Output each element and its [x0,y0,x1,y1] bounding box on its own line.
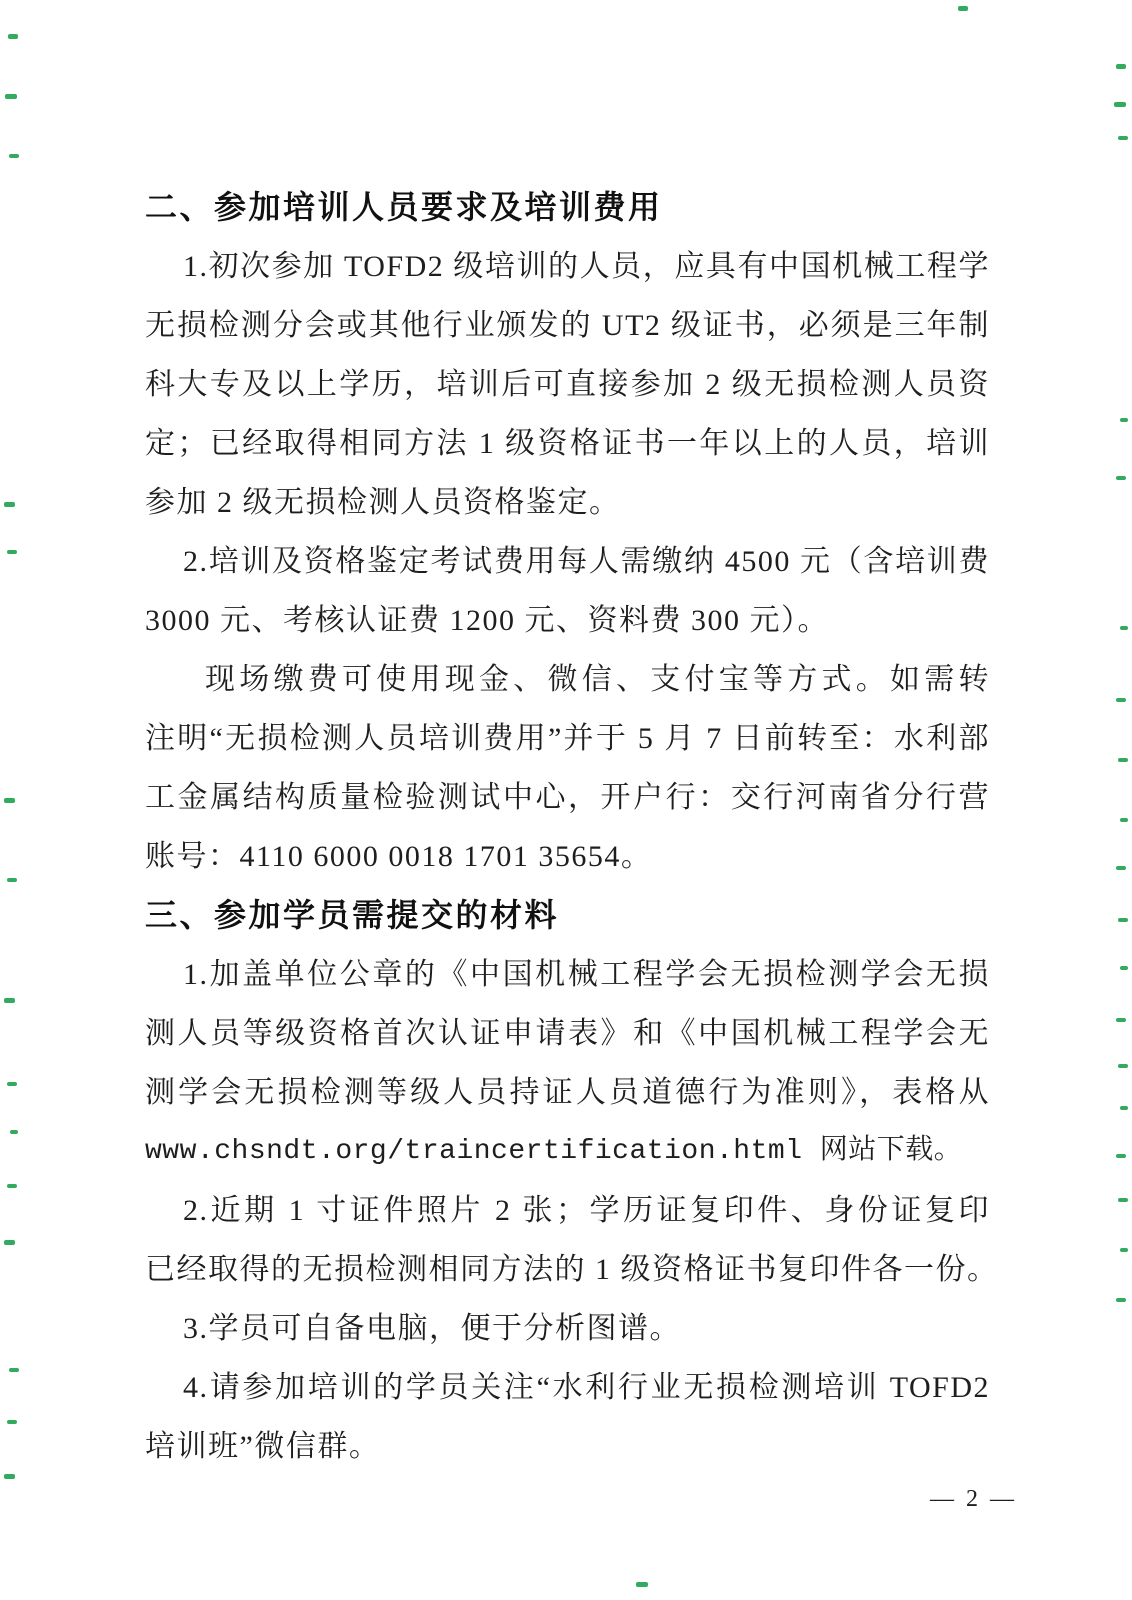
text-line: 3.学员可自备电脑，便于分析图谱。 [145,1299,990,1358]
text-line: 测人员等级资格首次认证申请表》和《中国机械工程学会无损检 [145,1004,990,1063]
scan-artifact [7,1082,17,1086]
page-number: — 2 — [930,1486,1017,1513]
scan-artifact [10,1130,18,1134]
scan-artifact [1118,1064,1128,1068]
document-page: 二、参加培训人员要求及培训费用 1.初次参加 TOFD2 级培训的人员，应具有中… [0,0,1132,1600]
text-line: 参加 2 级无损检测人员资格鉴定。 [145,473,990,532]
bank-account-line: 账号：4110 6000 0018 1701 35654。 [145,827,990,886]
scan-artifact [1116,1298,1126,1302]
scan-artifact [7,1420,17,1424]
text-line: 已经取得的无损检测相同方法的 1 级资格证书复印件各一份。 [145,1240,990,1299]
text-line: 注明“无损检测人员培训费用”并于 5 月 7 日前转至：水利部水 [145,709,990,768]
scan-artifact [9,154,19,158]
scan-artifact [1116,1018,1126,1022]
scan-artifact [1114,102,1126,107]
text-line: 2.培训及资格鉴定考试费用每人需缴纳 4500 元（含培训费 [145,532,990,591]
text-line: 1.初次参加 TOFD2 级培训的人员，应具有中国机械工程学会 [145,237,990,296]
scan-artifact [4,798,15,803]
text-line: 现场缴费可使用现金、微信、支付宝等方式。如需转账，请 [145,650,990,709]
scan-artifact [7,878,17,882]
text-line: 科大专及以上学历，培训后可直接参加 2 级无损检测人员资格鉴 [145,355,990,414]
scan-artifact [1120,626,1128,630]
section-heading: 三、参加学员需提交的材料 [145,886,990,945]
text-line: 3000 元、考核认证费 1200 元、资料费 300 元）。 [145,591,990,650]
scan-artifact [958,6,968,11]
scan-artifact [1120,818,1128,822]
text-line: 测学会无损检测等级人员持证人员道德行为准则》，表格从 [145,1063,990,1122]
text-line: 培训班”微信群。 [145,1417,990,1476]
scan-artifact [4,1240,15,1245]
section-heading: 二、参加培训人员要求及培训费用 [145,178,990,237]
scan-artifact [1118,1198,1128,1202]
scan-artifact [9,1368,19,1372]
scan-artifact [1120,966,1128,970]
scan-artifact [7,550,17,554]
scan-artifact [1116,866,1126,870]
scan-artifact [4,502,15,507]
scan-artifact [636,1582,648,1587]
scan-artifact [1120,1106,1128,1110]
text-line: 定；已经取得相同方法 1 级资格证书一年以上的人员，培训后可 [145,414,990,473]
download-url-line: www.chsndt.org/traincertification.html 网… [145,1122,990,1181]
scan-artifact [5,94,17,99]
text-line: 2.近期 1 寸证件照片 2 张；学历证复印件、身份证复印件、 [145,1181,990,1240]
text-line: 4.请参加培训的学员关注“水利行业无损检测培训 TOFD2 级 [145,1358,990,1417]
scan-artifact [1120,418,1128,422]
scan-artifact [1118,918,1128,922]
text-line: 无损检测分会或其他行业颁发的 UT2 级证书，必须是三年制理工 [145,296,990,355]
scan-artifact [1120,1248,1128,1252]
document-body: 二、参加培训人员要求及培训费用 1.初次参加 TOFD2 级培训的人员，应具有中… [145,178,990,1476]
scan-artifact [4,998,15,1003]
scan-artifact [1116,1154,1126,1158]
scan-artifact [7,1184,17,1188]
scan-artifact [1116,476,1126,480]
scan-artifact [1116,698,1126,702]
scan-artifact [1118,758,1128,762]
scan-artifact [1118,136,1128,140]
scan-artifact [1116,64,1126,69]
text-line: 1.加盖单位公章的《中国机械工程学会无损检测学会无损检 [145,945,990,1004]
text-line: 工金属结构质量检验测试中心，开户行：交行河南省分行营业部， [145,768,990,827]
scan-artifact [4,1474,15,1479]
scan-artifact [8,34,18,39]
